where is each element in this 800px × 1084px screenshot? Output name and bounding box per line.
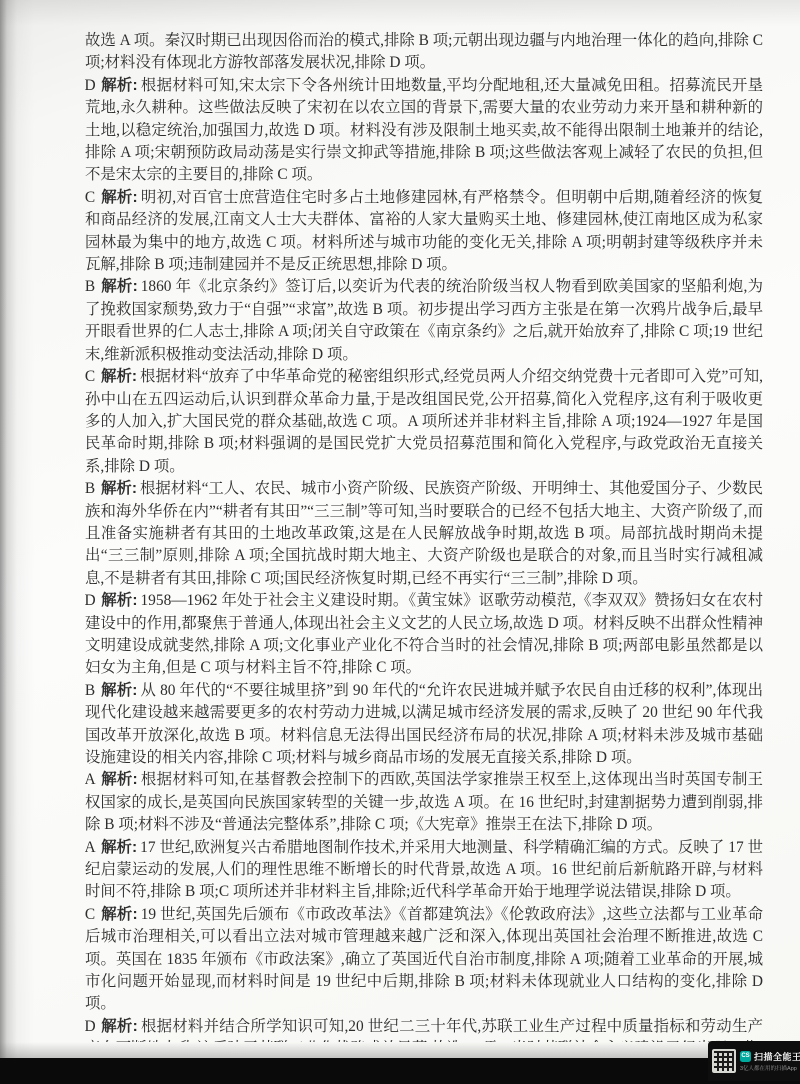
analysis-text: 故选 A 项。秦汉时期已出现因俗而治的模式,排除 B 项;元朝出现边疆与内地治理… bbox=[85, 32, 763, 71]
answer-item-14: 14.C解析:19 世纪,英国先后颁布《市政改革法》《首都建筑法》《伦敦政府法》… bbox=[85, 904, 763, 1016]
analysis-text: 从 80 年代的“不要往城里挤”到 90 年代的“允许农民进城并赋予农民自由迁移… bbox=[85, 682, 763, 766]
answer-letter: B bbox=[85, 478, 97, 500]
answer-item-13: 13.A解析:17 世纪,欧洲复兴古希腊地图制作技术,并采用大地测量、科学精确汇… bbox=[85, 837, 763, 904]
answer-letter: A bbox=[85, 837, 97, 859]
analysis-label: 解析: bbox=[101, 480, 137, 497]
answer-item-7: 7.B解析:1860 年《北京条约》签订后,以奕䜣为代表的统治阶级当权人物看到欧… bbox=[85, 276, 763, 366]
answer-item-8: 8.C解析:根据材料“放弃了中华革命党的秘密组织形式,经党员两人介绍交纳党费十元… bbox=[85, 366, 763, 478]
answer-item-10: 10.D解析:1958—1962 年处于社会主义建设时期。《黄宝妹》讴歌劳动模范… bbox=[85, 590, 763, 680]
analysis-label: 解析: bbox=[101, 1018, 138, 1035]
qr-code-icon bbox=[712, 1049, 736, 1073]
scan-bottom-shadow bbox=[0, 1042, 800, 1058]
scanned-answer-sheet-page: 故选 A 项。秦汉时期已出现因俗而治的模式,排除 B 项;元朝出现边疆与内地治理… bbox=[0, 0, 800, 1084]
answer-item-11: 11.B解析:从 80 年代的“不要往城里挤”到 90 年代的“允许农民进城并赋… bbox=[85, 680, 763, 770]
analysis-label: 解析: bbox=[101, 189, 138, 206]
answer-letter: C bbox=[85, 904, 97, 926]
analysis-label: 解析: bbox=[101, 278, 138, 295]
answer-letter: B bbox=[85, 680, 97, 702]
analysis-label: 解析: bbox=[101, 592, 137, 609]
answer-item-4-continuation: 故选 A 项。秦汉时期已出现因俗而治的模式,排除 B 项;元朝出现边疆与内地治理… bbox=[85, 30, 763, 75]
answer-letter: C bbox=[85, 187, 97, 209]
answer-letter: A bbox=[85, 769, 97, 791]
analysis-text: 根据材料可知,宋太宗下令各州统计田地数量,平均分配地租,还大量减免田租。招募流民… bbox=[85, 77, 763, 184]
analysis-label: 解析: bbox=[101, 77, 138, 94]
answer-item-15: 15.D解析:根据材料并结合所学知识可知,20 世纪二三十年代,苏联工业生产过程… bbox=[85, 1016, 763, 1042]
scan-black-bar bbox=[0, 1058, 800, 1084]
analysis-label: 解析: bbox=[101, 368, 137, 385]
watermark-subtitle: 3亿人都在用的扫描App bbox=[740, 1064, 800, 1072]
camscanner-logo-icon: CS bbox=[740, 1051, 751, 1062]
analysis-text: 明初,对百官士庶营造住宅时多占土地修建园林,有严格禁令。但明朝中后期,随着经济的… bbox=[85, 189, 763, 273]
answer-letter: D bbox=[85, 75, 97, 97]
answer-item-5: 5.D解析:根据材料可知,宋太宗下令各州统计田地数量,平均分配地租,还大量减免田… bbox=[85, 75, 763, 187]
camscanner-watermark: CS 扫描全能王 3亿人都在用的扫描App bbox=[708, 1041, 800, 1081]
answer-item-6: 6.C解析:明初,对百官士庶营造住宅时多占土地修建园林,有严格禁令。但明朝中后期… bbox=[85, 187, 763, 277]
analysis-label: 解析: bbox=[101, 682, 137, 699]
answer-explanations: 故选 A 项。秦汉时期已出现因俗而治的模式,排除 B 项;元朝出现边疆与内地治理… bbox=[85, 30, 763, 1042]
analysis-text: 1860 年《北京条约》签订后,以奕䜣为代表的统治阶级当权人物看到欧美国家的坚船… bbox=[85, 278, 763, 362]
scan-top-shadow bbox=[0, 0, 800, 26]
analysis-label: 解析: bbox=[101, 906, 138, 923]
analysis-text: 根据材料“工人、农民、城市小资产阶级、民族资产阶级、开明绅士、其他爱国分子、少数… bbox=[85, 480, 763, 587]
analysis-label: 解析: bbox=[101, 839, 137, 856]
analysis-text: 根据材料可知,在基督教会控制下的西欧,英国法学家推崇王权至上,这体现出当时英国专… bbox=[85, 771, 763, 833]
answer-letter: D bbox=[85, 1016, 97, 1038]
answer-letter: D bbox=[85, 590, 97, 612]
analysis-text: 1958—1962 年处于社会主义建设时期。《黄宝妹》讴歌劳动模范,《李双双》赞… bbox=[85, 592, 763, 676]
analysis-text: 根据材料并结合所学知识可知,20 世纪二三十年代,苏联工业生产过程中质量指标和劳… bbox=[85, 1018, 763, 1042]
answer-letter: B bbox=[85, 276, 97, 298]
scan-left-shadow bbox=[0, 0, 34, 1058]
analysis-label: 解析: bbox=[101, 771, 138, 788]
analysis-text: 19 世纪,英国先后颁布《市政改革法》《首都建筑法》《伦敦政府法》,这些立法都与… bbox=[85, 906, 763, 1013]
answer-letter: C bbox=[85, 366, 97, 388]
analysis-text: 根据材料“放弃了中华革命党的秘密组织形式,经党员两人介绍交纳党费十元者即可入党”… bbox=[85, 368, 763, 475]
answer-item-12: 12.A解析:根据材料可知,在基督教会控制下的西欧,英国法学家推崇王权至上,这体… bbox=[85, 769, 763, 836]
watermark-title: 扫描全能王 bbox=[754, 1050, 800, 1063]
answer-item-9: 9.B解析:根据材料“工人、农民、城市小资产阶级、民族资产阶级、开明绅士、其他爱… bbox=[85, 478, 763, 590]
analysis-text: 17 世纪,欧洲复兴古希腊地图制作技术,并采用大地测量、科学精确汇编的方式。反映… bbox=[85, 839, 763, 901]
